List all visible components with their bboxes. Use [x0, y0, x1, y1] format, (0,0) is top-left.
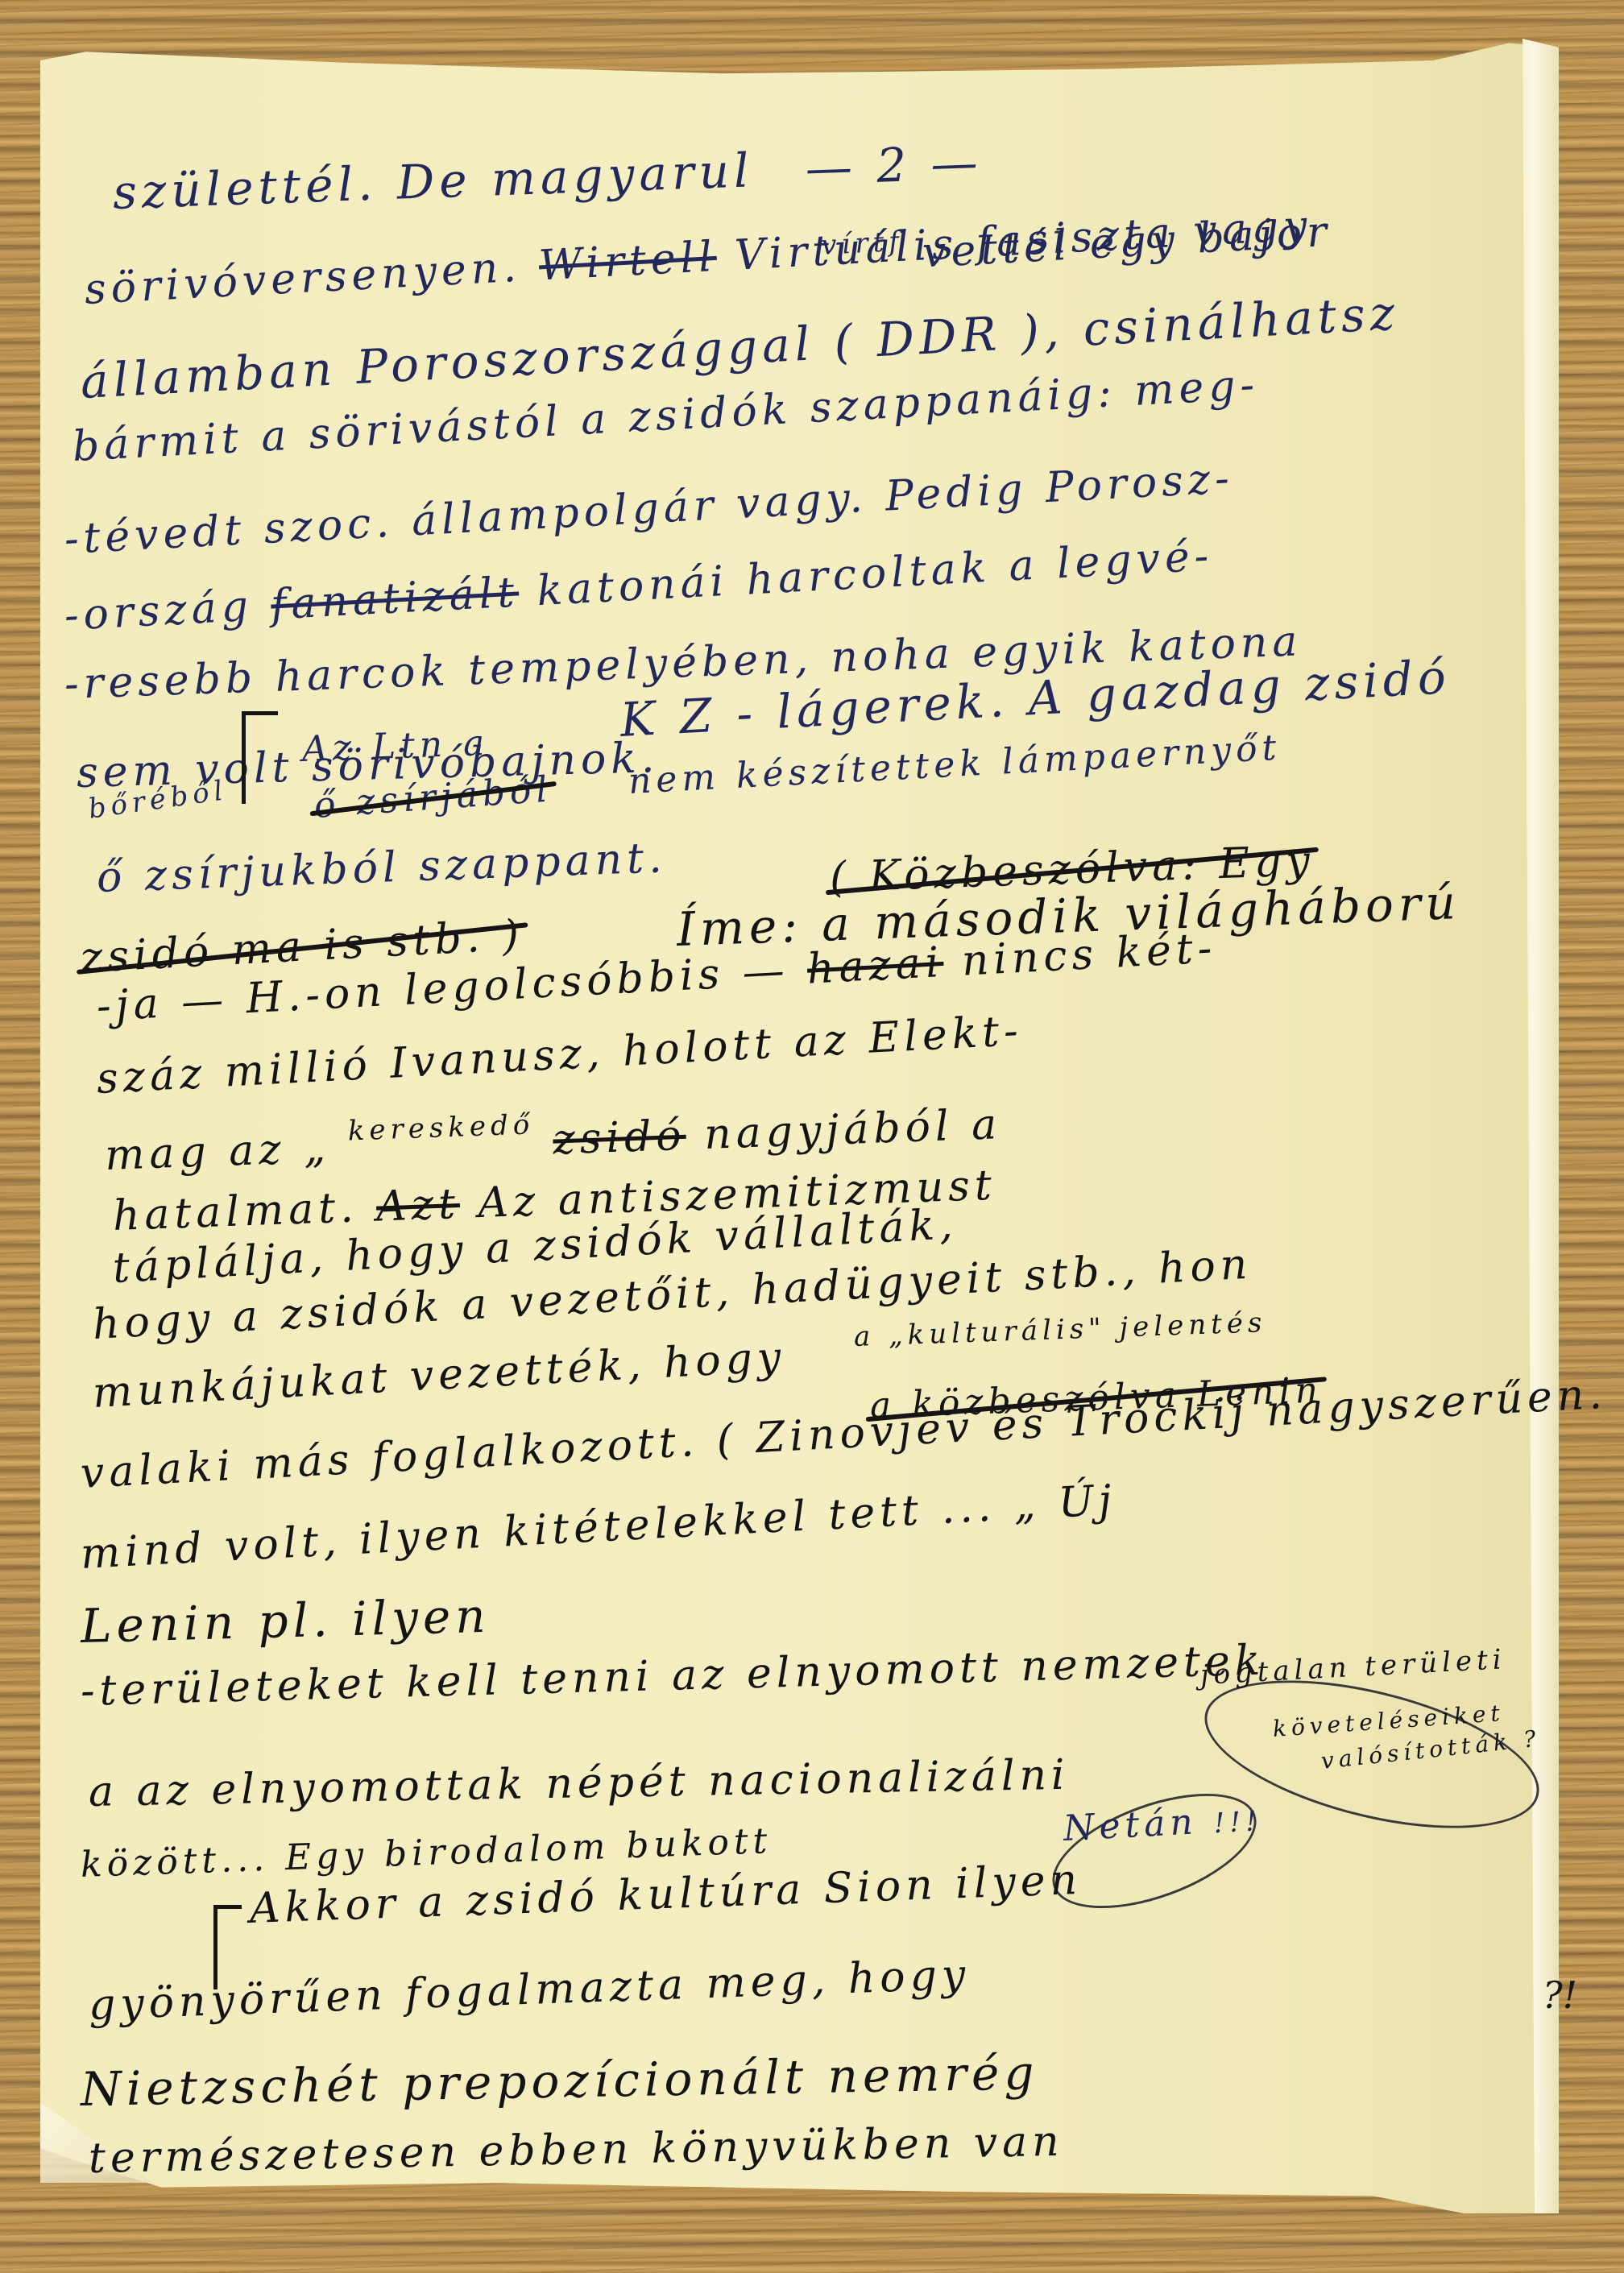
- struck-text: Wirtell: [537, 233, 718, 290]
- page-number: — 2 —: [805, 135, 984, 196]
- struck-text: hazai: [806, 938, 944, 994]
- line-text: -ország: [63, 582, 254, 640]
- insertion: kereskedő: [347, 1108, 535, 1147]
- text-line-11: Az Ltn a: [301, 722, 490, 770]
- struck-text: zsidó: [552, 1112, 686, 1165]
- line-text: nagyjából a: [703, 1100, 1002, 1159]
- line-text: hatalmat.: [112, 1183, 359, 1240]
- margin-mark-right: ?!: [1543, 1973, 1577, 2017]
- line-text: Az Ltn a: [301, 722, 490, 770]
- paragraph-bracket: [242, 711, 278, 804]
- exclamation-marks: !!!: [1213, 1805, 1262, 1840]
- struck-text: Azt: [375, 1180, 461, 1232]
- line-text: mag az „: [104, 1124, 331, 1180]
- line-text: Lenin pl. ilyen: [80, 1588, 491, 1654]
- circled-word-text: Netán: [1063, 1801, 1199, 1849]
- text-line-23: Lenin pl. ilyen: [80, 1588, 491, 1654]
